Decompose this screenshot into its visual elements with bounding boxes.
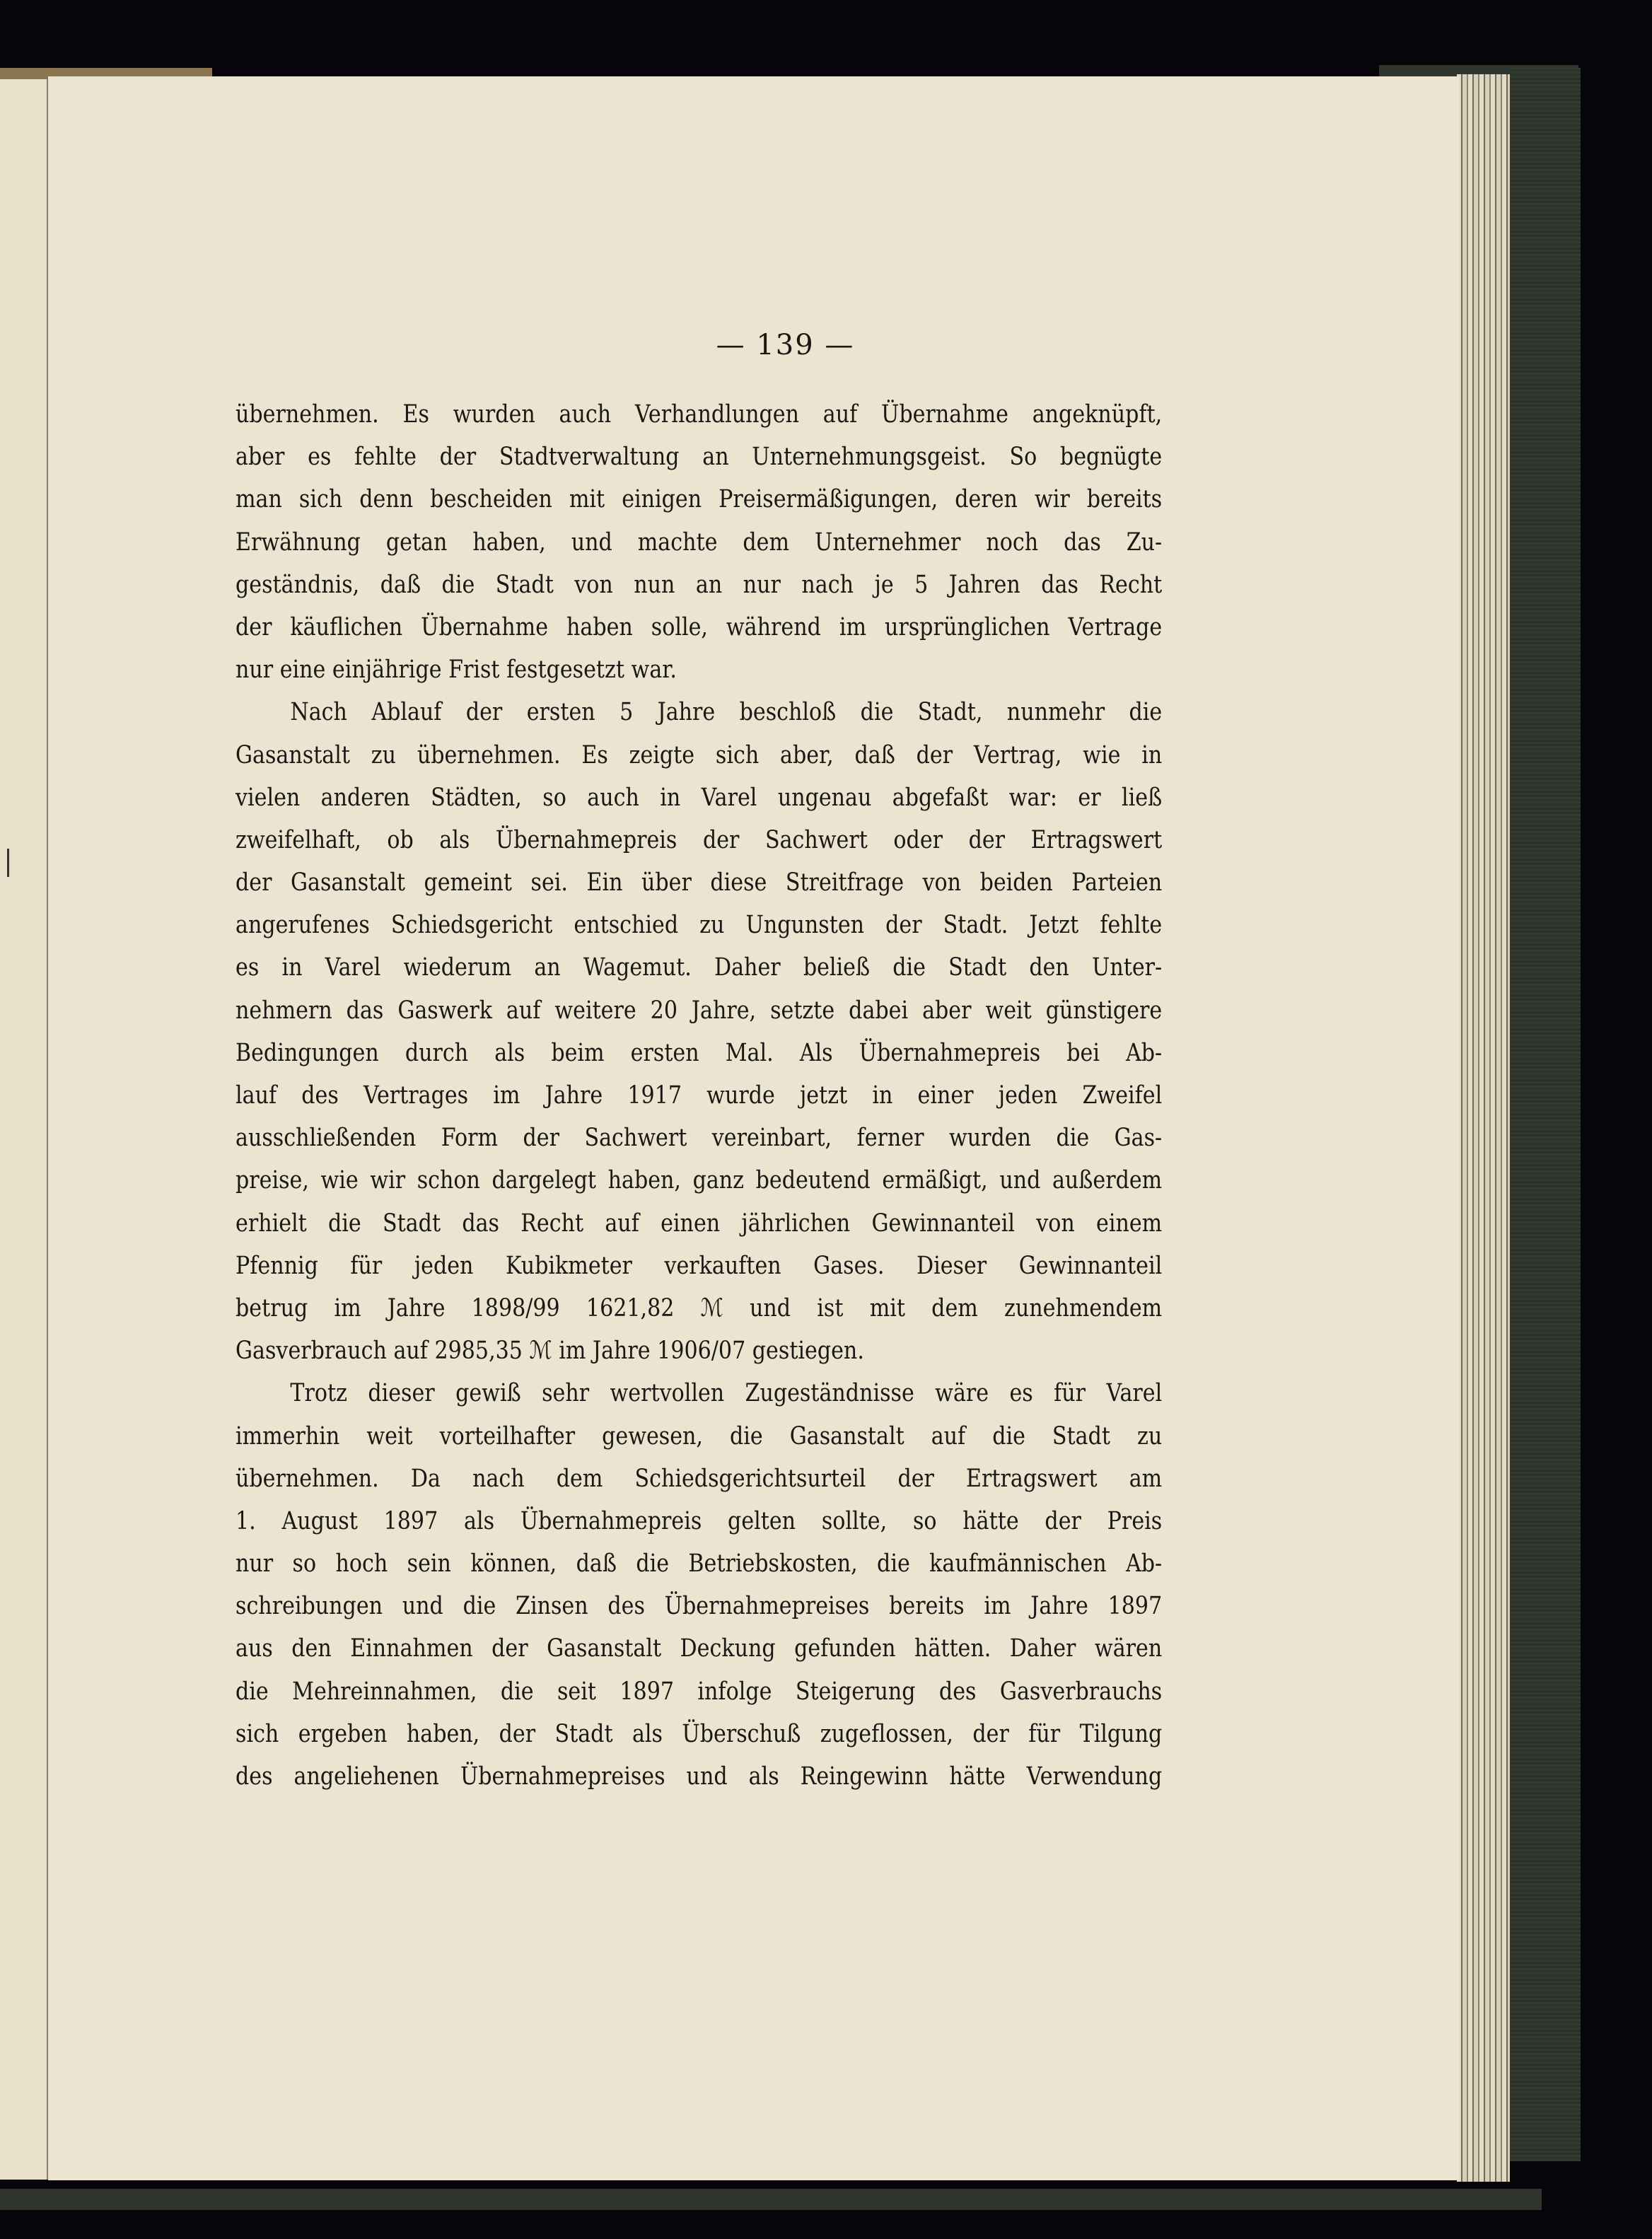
book-cover-right bbox=[1510, 68, 1581, 2161]
text-line: Gasanstalt zu übernehmen. Es zeigte sich… bbox=[235, 734, 1162, 777]
paragraph-3: Trotz dieser gewiß sehr wertvollen Zuges… bbox=[235, 1372, 1162, 1798]
text-line: betrug im Jahre 1898/99 1621,82 ℳ und is… bbox=[235, 1287, 1162, 1330]
paragraph-2: Nach Ablauf der ersten 5 Jahre beschloß … bbox=[235, 691, 1162, 1372]
book-cover-bottom bbox=[0, 2189, 1542, 2210]
page-edges bbox=[1457, 74, 1510, 2182]
text-block: übernehmen. Es wurden auch Verhandlungen… bbox=[235, 393, 1162, 1798]
margin-mark bbox=[7, 849, 9, 877]
left-page-fragment bbox=[0, 79, 48, 2180]
text-line: nehmern das Gaswerk auf weitere 20 Jahre… bbox=[235, 989, 1162, 1032]
text-line: es in Varel wiederum an Wagemut. Daher b… bbox=[235, 946, 1162, 989]
text-line: vielen anderen Städten, so auch in Varel… bbox=[235, 777, 1162, 819]
text-line: 1. August 1897 als Übernahmepreis gelten… bbox=[235, 1500, 1162, 1542]
text-line: Erwähnung getan haben, und machte dem Un… bbox=[235, 521, 1162, 564]
text-line: übernehmen. Da nach dem Schiedsgerichtsu… bbox=[235, 1458, 1162, 1500]
text-line: aus den Einnahmen der Gasanstalt Deckung… bbox=[235, 1627, 1162, 1670]
text-line: schreibungen und die Zinsen des Übernahm… bbox=[235, 1585, 1162, 1627]
text-line: Trotz dieser gewiß sehr wertvollen Zuges… bbox=[235, 1372, 1162, 1414]
text-line: nur so hoch sein können, daß die Betrieb… bbox=[235, 1542, 1162, 1585]
text-line: lauf des Vertrages im Jahre 1917 wurde j… bbox=[235, 1074, 1162, 1117]
text-line: zweifelhaft, ob als Übernahmepreis der S… bbox=[235, 819, 1162, 861]
page-number: — 139 — bbox=[48, 329, 1459, 361]
text-line: erhielt die Stadt das Recht auf einen jä… bbox=[235, 1202, 1162, 1245]
text-line: die Mehreinnahmen, die seit 1897 infolge… bbox=[235, 1670, 1162, 1713]
text-line: der Gasanstalt gemeint sei. Ein über die… bbox=[235, 861, 1162, 904]
text-line: angerufenes Schiedsgericht entschied zu … bbox=[235, 904, 1162, 946]
text-line: ausschließenden Form der Sachwert verein… bbox=[235, 1117, 1162, 1159]
text-line: man sich denn bescheiden mit einigen Pre… bbox=[235, 478, 1162, 521]
text-line: nur eine einjährige Frist festgesetzt wa… bbox=[235, 649, 1162, 691]
text-line: des angeliehenen Übernahmepreises und al… bbox=[235, 1755, 1162, 1798]
text-line: Nach Ablauf der ersten 5 Jahre beschloß … bbox=[235, 691, 1162, 733]
text-line: aber es fehlte der Stadtverwaltung an Un… bbox=[235, 436, 1162, 478]
text-line: der käuflichen Übernahme haben solle, wä… bbox=[235, 606, 1162, 649]
paragraph-1: übernehmen. Es wurden auch Verhandlungen… bbox=[235, 393, 1162, 691]
text-line: preise, wie wir schon dargelegt haben, g… bbox=[235, 1159, 1162, 1202]
text-line: geständnis, daß die Stadt von nun an nur… bbox=[235, 564, 1162, 606]
book-page: — 139 — übernehmen. Es wurden auch Verha… bbox=[48, 76, 1459, 2180]
text-line: übernehmen. Es wurden auch Verhandlungen… bbox=[235, 393, 1162, 436]
text-line: Pfennig für jeden Kubikmeter verkauften … bbox=[235, 1245, 1162, 1287]
text-line: immerhin weit vorteilhafter gewesen, die… bbox=[235, 1415, 1162, 1458]
text-line: Gasverbrauch auf 2985,35 ℳ im Jahre 1906… bbox=[235, 1330, 1162, 1372]
text-line: Bedingungen durch als beim ersten Mal. A… bbox=[235, 1032, 1162, 1074]
text-line: sich ergeben haben, der Stadt als Übersc… bbox=[235, 1713, 1162, 1755]
